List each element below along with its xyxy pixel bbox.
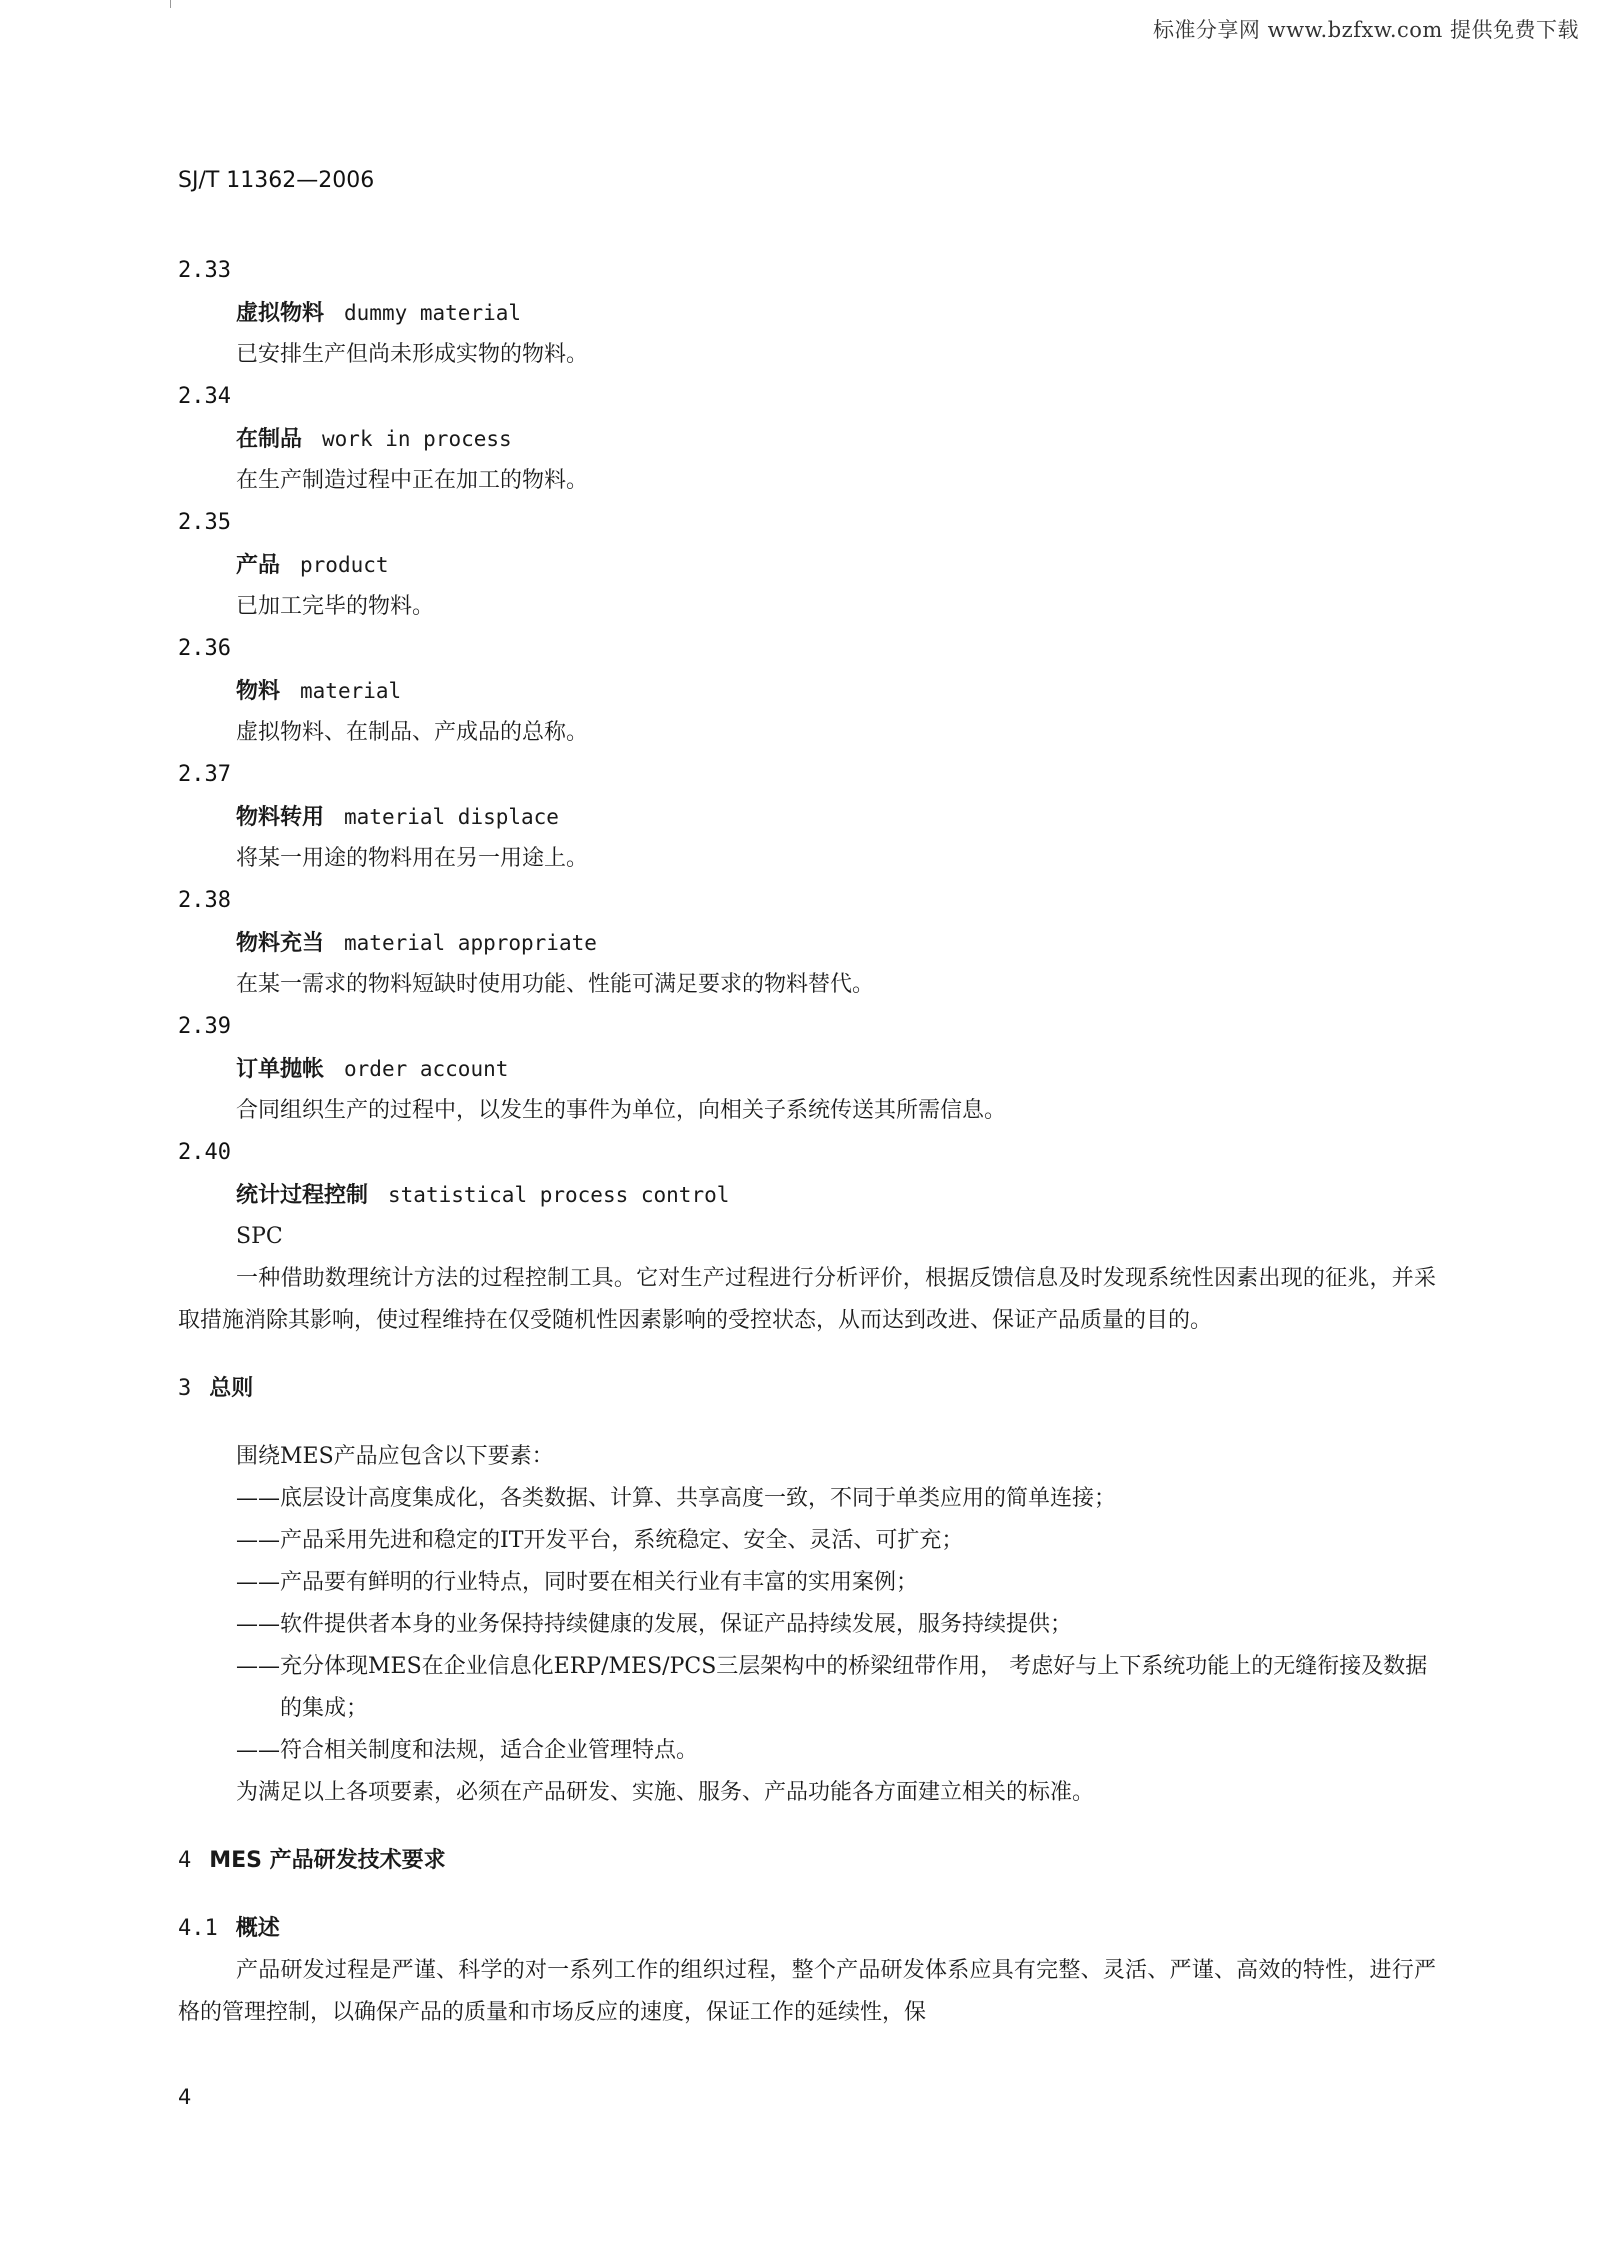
term-en: work in process: [322, 427, 512, 451]
list-item: ——充分体现MES在企业信息化ERP/MES/PCS三层架构中的桥梁纽带作用， …: [236, 1646, 1438, 1730]
term-title: 物料material: [236, 670, 1438, 712]
term-number: 2.36: [178, 628, 1438, 670]
term-definition: 合同组织生产的过程中，以发生的事件为单位，向相关子系统传送其所需信息。: [236, 1090, 1438, 1132]
term-number: 2.39: [178, 1006, 1438, 1048]
term-definition: 将某一用途的物料用在另一用途上。: [236, 838, 1438, 880]
term-cn: 统计过程控制: [236, 1183, 368, 1208]
term-cn: 虚拟物料: [236, 301, 324, 326]
dash-bullet: ——: [236, 1730, 280, 1772]
term-title: 物料转用material displace: [236, 796, 1438, 838]
standard-code: SJ/T 11362—2006: [178, 168, 374, 193]
term-title: 虚拟物料dummy material: [236, 292, 1438, 334]
list-item-text: 符合相关制度和法规，适合企业管理特点。: [280, 1738, 698, 1763]
term-cn: 物料充当: [236, 931, 324, 956]
term-cn: 订单抛帐: [236, 1057, 324, 1082]
term-definition: 在某一需求的物料短缺时使用功能、性能可满足要求的物料替代。: [236, 964, 1438, 1006]
dash-bullet: ——: [236, 1478, 280, 1520]
term-title: 在制品work in process: [236, 418, 1438, 460]
list-item-text: 产品采用先进和稳定的IT开发平台，系统稳定、安全、灵活、可扩充；: [280, 1528, 963, 1553]
section-title: MES 产品研发技术要求: [209, 1848, 445, 1873]
list-item-text: 软件提供者本身的业务保持持续健康的发展，保证产品持续发展，服务持续提供；: [280, 1612, 1072, 1637]
list-item: ——符合相关制度和法规，适合企业管理特点。: [236, 1730, 1438, 1772]
dash-bullet: ——: [236, 1646, 280, 1688]
term-cn: 物料转用: [236, 805, 324, 830]
term-entry: 2.37 物料转用material displace 将某一用途的物料用在另一用…: [178, 754, 1438, 880]
term-en: material appropriate: [344, 931, 597, 955]
term-definition: 已安排生产但尚未形成实物的物料。: [236, 334, 1438, 376]
term-entry: 2.38 物料充当material appropriate 在某一需求的物料短缺…: [178, 880, 1438, 1006]
term-number: 2.37: [178, 754, 1438, 796]
list-item: ——软件提供者本身的业务保持持续健康的发展，保证产品持续发展，服务持续提供；: [236, 1604, 1438, 1646]
page-number: 4: [178, 2085, 191, 2109]
list-item: ——产品采用先进和稳定的IT开发平台，系统稳定、安全、灵活、可扩充；: [236, 1520, 1438, 1562]
term-en: order account: [344, 1057, 508, 1081]
list-intro: 围绕MES产品应包含以下要素：: [236, 1436, 1438, 1478]
section-heading: 4MES 产品研发技术要求: [178, 1840, 1438, 1882]
term-entry: 2.39 订单抛帐order account 合同组织生产的过程中，以发生的事件…: [178, 1006, 1438, 1132]
subsection-heading: 4.1概述: [178, 1908, 1438, 1950]
term-title: 统计过程控制statistical process control: [236, 1174, 1438, 1216]
term-number: 2.35: [178, 502, 1438, 544]
term-en: statistical process control: [388, 1183, 729, 1207]
term-cn: 在制品: [236, 427, 302, 452]
scan-mark: [170, 0, 171, 8]
term-definition: 一种借助数理统计方法的过程控制工具。它对生产过程进行分析评价，根据反馈信息及时发…: [178, 1258, 1436, 1342]
term-cn: 产品: [236, 553, 280, 578]
term-entry: 2.35 产品product 已加工完毕的物料。: [178, 502, 1438, 628]
section-title: 总则: [209, 1376, 253, 1401]
term-definition: 已加工完毕的物料。: [236, 586, 1438, 628]
body-paragraph: 产品研发过程是严谨、科学的对一系列工作的组织过程，整个产品研发体系应具有完整、灵…: [178, 1950, 1436, 2034]
list-item: ——产品要有鲜明的行业特点，同时要在相关行业有丰富的实用案例；: [236, 1562, 1438, 1604]
document-body: 2.33 虚拟物料dummy material 已安排生产但尚未形成实物的物料。…: [178, 250, 1438, 2034]
watermark-text: 标准分享网 www.bzfxw.com 提供免费下载: [1153, 14, 1579, 44]
term-number: 2.38: [178, 880, 1438, 922]
term-abbreviation: SPC: [236, 1216, 1438, 1258]
section-heading: 3总则: [178, 1368, 1438, 1410]
term-en: dummy material: [344, 301, 521, 325]
term-title: 订单抛帐order account: [236, 1048, 1438, 1090]
term-number: 2.34: [178, 376, 1438, 418]
term-en: material displace: [344, 805, 559, 829]
dash-bullet: ——: [236, 1520, 280, 1562]
term-definition: 在生产制造过程中正在加工的物料。: [236, 460, 1438, 502]
section-number: 3: [178, 1376, 191, 1401]
term-entry: 2.36 物料material 虚拟物料、在制品、产成品的总称。: [178, 628, 1438, 754]
subsection-number: 4.1: [178, 1916, 218, 1941]
list-item-text: 产品要有鲜明的行业特点，同时要在相关行业有丰富的实用案例；: [280, 1570, 918, 1595]
term-title: 产品product: [236, 544, 1438, 586]
term-number: 2.40: [178, 1132, 1438, 1174]
dash-bullet: ——: [236, 1604, 280, 1646]
term-en: product: [300, 553, 389, 577]
list-item: ——底层设计高度集成化，各类数据、计算、共享高度一致，不同于单类应用的简单连接；: [236, 1478, 1438, 1520]
list-item-text: 底层设计高度集成化，各类数据、计算、共享高度一致，不同于单类应用的简单连接；: [280, 1486, 1116, 1511]
section-number: 4: [178, 1848, 191, 1873]
term-title: 物料充当material appropriate: [236, 922, 1438, 964]
term-number: 2.33: [178, 250, 1438, 292]
closing-paragraph: 为满足以上各项要素，必须在产品研发、实施、服务、产品功能各方面建立相关的标准。: [236, 1772, 1438, 1814]
term-cn: 物料: [236, 679, 280, 704]
term-definition: 虚拟物料、在制品、产成品的总称。: [236, 712, 1438, 754]
subsection-title: 概述: [236, 1916, 280, 1941]
list-item-text: 充分体现MES在企业信息化ERP/MES/PCS三层架构中的桥梁纽带作用， 考虑…: [280, 1654, 1427, 1721]
term-entry: 2.33 虚拟物料dummy material 已安排生产但尚未形成实物的物料。: [178, 250, 1438, 376]
term-entry-spc: 2.40 统计过程控制statistical process control S…: [178, 1132, 1438, 1342]
term-en: material: [300, 679, 401, 703]
term-entry: 2.34 在制品work in process 在生产制造过程中正在加工的物料。: [178, 376, 1438, 502]
dash-bullet: ——: [236, 1562, 280, 1604]
